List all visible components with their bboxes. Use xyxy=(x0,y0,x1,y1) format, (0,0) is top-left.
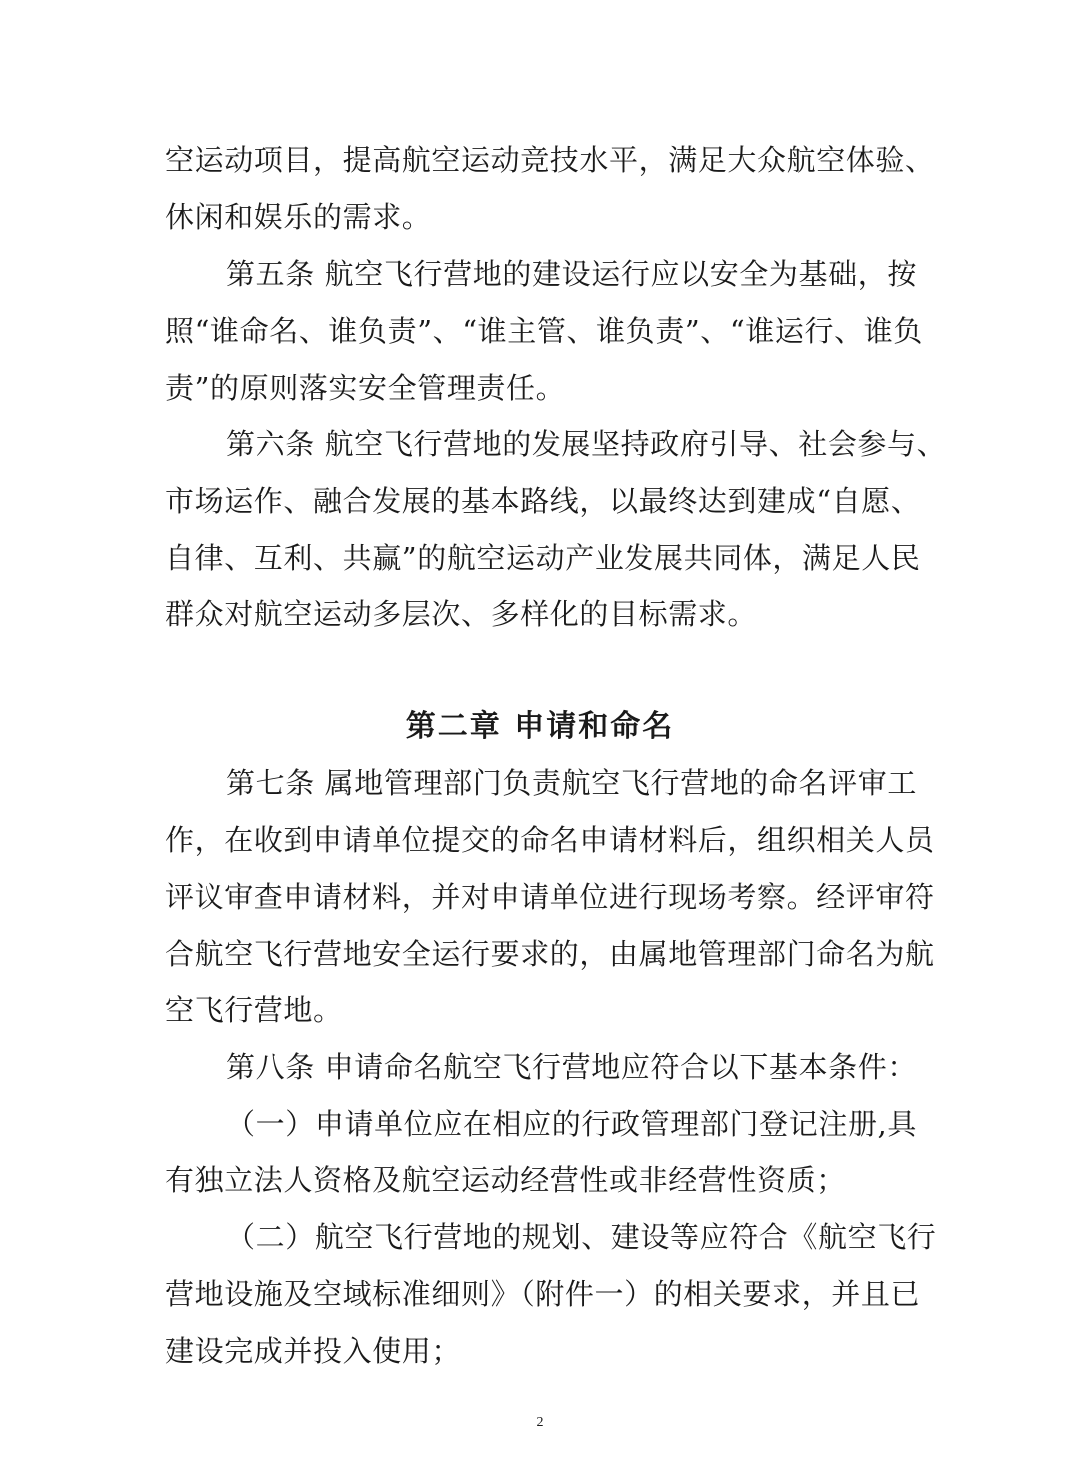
paragraph-line: 空飞行营地。 xyxy=(165,990,917,1030)
paragraph-line: 作，在收到申请单位提交的命名申请材料后，组织相关人员 xyxy=(165,820,917,860)
paragraph-line: 第五条 航空飞行营地的建设运行应以安全为基础，按 xyxy=(226,254,917,294)
paragraph-line: 群众对航空运动多层次、多样化的目标需求。 xyxy=(165,594,917,634)
paragraph-line: 评议审查申请材料，并对申请单位进行现场考察。经评审符 xyxy=(165,877,917,917)
paragraph-line: 休闲和娱乐的需求。 xyxy=(165,197,917,237)
paragraph-line: 自律、互利、共赢”的航空运动产业发展共同体，满足人民 xyxy=(165,538,917,578)
paragraph-line: 建设完成并投入使用； xyxy=(165,1331,917,1371)
paragraph-line: 第六条 航空飞行营地的发展坚持政府引导、社会参与、 xyxy=(226,424,917,464)
paragraph-line: 营地设施及空域标准细则》（附件一）的相关要求，并且已 xyxy=(165,1274,917,1314)
paragraph-line: （二）航空飞行营地的规划、建设等应符合《航空飞行 xyxy=(226,1217,917,1257)
paragraph-line: 第七条 属地管理部门负责航空飞行营地的命名评审工 xyxy=(226,763,917,803)
paragraph-line: 责”的原则落实安全管理责任。 xyxy=(165,368,917,408)
paragraph-line: 空运动项目，提高航空运动竞技水平，满足大众航空体验、 xyxy=(165,140,917,180)
paragraph-line: 有独立法人资格及航空运动经营性或非经营性资质； xyxy=(165,1160,917,1200)
paragraph-line: 合航空飞行营地安全运行要求的，由属地管理部门命名为航 xyxy=(165,934,917,974)
chapter-heading: 第二章 申请和命名 xyxy=(0,707,1080,747)
document-page: 空运动项目，提高航空运动竞技水平，满足大众航空体验、休闲和娱乐的需求。第五条 航… xyxy=(0,0,1080,1460)
paragraph-line: （一）申请单位应在相应的行政管理部门登记注册,具 xyxy=(226,1104,917,1144)
paragraph-line: 市场运作、融合发展的基本路线，以最终达到建成“自愿、 xyxy=(165,481,917,521)
paragraph-line: 第八条 申请命名航空飞行营地应符合以下基本条件： xyxy=(226,1047,917,1087)
page-number: 2 xyxy=(0,1415,1080,1431)
paragraph-line: 照“谁命名、谁负责”、“谁主管、谁负责”、“谁运行、谁负 xyxy=(165,311,917,351)
